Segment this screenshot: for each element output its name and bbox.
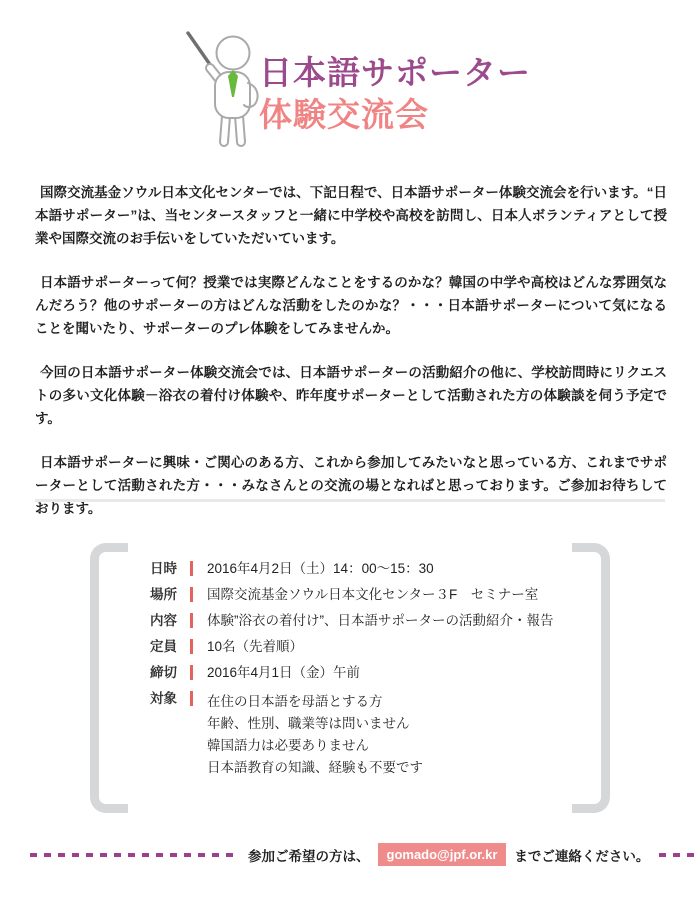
page-title-line2: 体験交流会 [259, 94, 531, 136]
detail-label: 日時 [150, 561, 182, 577]
dashed-line-right [659, 853, 700, 857]
detail-row-content: 内容 体験”浴衣の着付け”、日本語サポーターの活動紹介・報告 [150, 613, 560, 629]
detail-value: 10名（先着順） [207, 639, 303, 655]
label-separator-bar [190, 665, 193, 680]
contact-email-badge[interactable]: gomado@jpf.or.kr [378, 843, 507, 866]
label-separator-bar [190, 691, 193, 706]
detail-row-capacity: 定員 10名（先着順） [150, 639, 560, 655]
dashed-line-left [30, 853, 236, 857]
intro-paragraph-4: 日本語サポーターに興味・ご関心のある方、これから参加してみたいなと思っている方、… [35, 451, 667, 520]
detail-row-target: 対象 在住の日本語を母語とする方 年齢、性別、職業等は問いません 韓国語力は必要… [150, 691, 560, 779]
label-separator-bar [190, 613, 193, 628]
page-title-line1: 日本語サポーター [259, 52, 531, 94]
intro-section: 国際交流基金ソウル日本文化センターでは、下記日程で、日本語サポーター体験交流会を… [35, 181, 667, 541]
detail-label: 内容 [150, 613, 182, 629]
label-separator-bar [190, 587, 193, 602]
detail-row-deadline: 締切 2016年4月1日（金）午前 [150, 665, 560, 681]
detail-value: 在住の日本語を母語とする方 年齢、性別、職業等は問いません 韓国語力は必要ありま… [207, 691, 423, 779]
detail-label: 定員 [150, 639, 182, 655]
detail-label: 締切 [150, 665, 182, 681]
detail-row-place: 場所 国際交流基金ソウル日本文化センター３F セミナー室 [150, 587, 560, 603]
detail-value: 国際交流基金ソウル日本文化センター３F セミナー室 [207, 587, 538, 603]
page-title: 日本語サポーター 体験交流会 [259, 52, 531, 136]
target-line-4: 日本語教育の知識、経験も不要です [207, 757, 423, 779]
detail-label: 対象 [150, 691, 182, 707]
target-line-1: 在住の日本語を母語とする方 [207, 691, 423, 713]
label-separator-bar [190, 561, 193, 576]
intro-paragraph-2: 日本語サポーターって何？授業では実際どんなことをするのかな？韓国の中学や高校はど… [35, 271, 667, 340]
detail-label: 場所 [150, 587, 182, 603]
detail-value: 体験”浴衣の着付け”、日本語サポーターの活動紹介・報告 [207, 613, 554, 629]
flyer-page: 日本語サポーター 体験交流会 国際交流基金ソウル日本文化センターでは、下記日程で… [0, 0, 700, 919]
intro-paragraph-1: 国際交流基金ソウル日本文化センターでは、下記日程で、日本語サポーター体験交流会を… [35, 181, 667, 250]
detail-row-datetime: 日時 2016年4月2日（土）14：00～15：30 [150, 561, 560, 577]
target-line-3: 韓国語力は必要ありません [207, 735, 423, 757]
right-bracket-decoration [572, 543, 610, 813]
target-line-2: 年齢、性別、職業等は問いません [207, 713, 423, 735]
contact-text-after: までご連絡ください。 [514, 845, 649, 865]
contact-text-before: 参加ご希望の方は、 [248, 845, 370, 865]
section-divider [35, 499, 665, 502]
detail-value: 2016年4月1日（金）午前 [207, 665, 360, 681]
intro-paragraph-3: 今回の日本語サポーター体験交流会では、日本語サポーターの活動紹介の他に、学校訪問… [35, 361, 667, 430]
detail-value: 2016年4月2日（土）14：00～15：30 [207, 561, 434, 577]
left-bracket-decoration [90, 543, 128, 813]
contact-footer: 参加ご希望の方は、 gomado@jpf.or.kr までご連絡ください。 [30, 843, 672, 866]
event-details-box: 日時 2016年4月2日（土）14：00～15：30 場所 国際交流基金ソウル日… [90, 543, 610, 813]
contact-text: 参加ご希望の方は、 gomado@jpf.or.kr までご連絡ください。 [248, 843, 649, 866]
event-details-rows: 日時 2016年4月2日（土）14：00～15：30 場所 国際交流基金ソウル日… [150, 561, 560, 789]
label-separator-bar [190, 639, 193, 654]
